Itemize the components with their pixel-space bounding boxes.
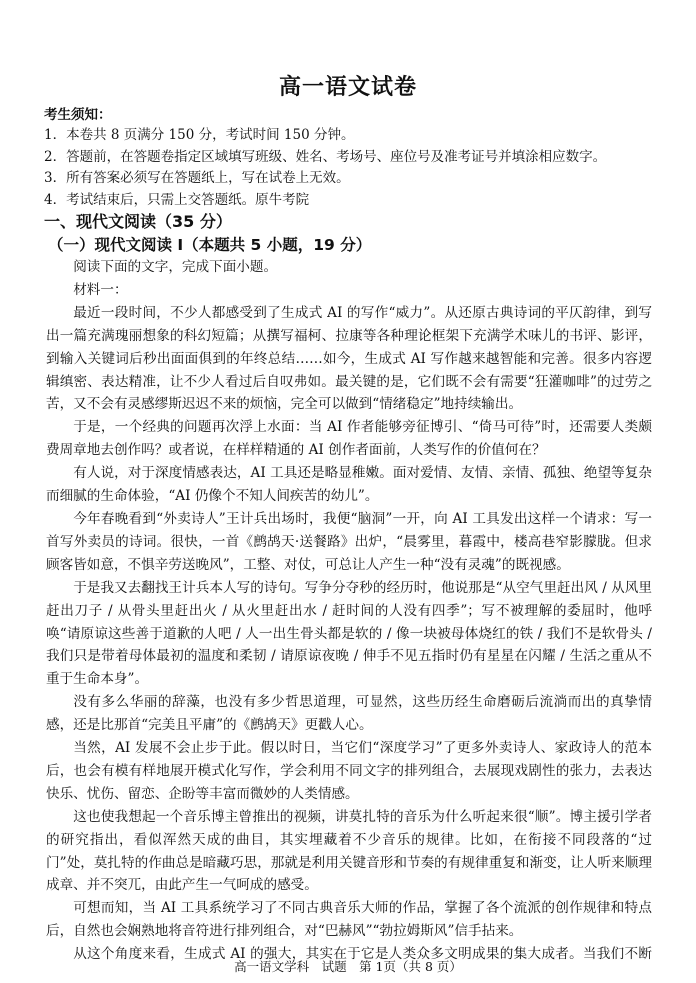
subsection-heading: （一）现代文阅读 I（本题共 5 小题，19 分） — [48, 233, 371, 255]
paragraph: 最近一段时间，不少人都感受到了生成式 AI 的写作“威力”。从还原古典诗词的平仄… — [46, 302, 652, 417]
paragraph: 当然，AI 发展不会止步于此。假以时日，当它们“深度学习”了更多外卖诗人、家政诗… — [46, 737, 652, 806]
instruction-text: 阅读下面的文字，完成下面小题。 — [46, 256, 652, 279]
reading-passage: 阅读下面的文字，完成下面小题。 材料一： 最近一段时间，不少人都感受到了生成式 … — [46, 256, 652, 966]
page-title: 高一语文试卷 — [0, 70, 696, 101]
paragraph: 有人说，对于深度情感表达，AI 工具还是略显稚嫩。面对爱情、友情、亲情、孤独、绝… — [46, 462, 652, 508]
exam-page: 高一语文试卷 考生须知： 1．本卷共 8 页满分 150 分，考试时间 150 … — [0, 0, 696, 983]
section-heading: 一、现代文阅读（35 分） — [44, 209, 232, 232]
paragraph: 于是我又去翻找王计兵本人写的诗句。写争分夺秒的经历时，他说那是“从空气里赶出风 … — [46, 577, 652, 692]
page-footer: 高一语文学科 试题 第 1页（共 8 页） — [0, 957, 696, 975]
paragraph: 这也使我想起一个音乐博主曾推出的视频，讲莫扎特的音乐为什么听起来很“顺”。博主援… — [46, 806, 652, 898]
notice-item: 1．本卷共 8 页满分 150 分，考试时间 150 分钟。 — [44, 123, 354, 143]
paragraph: 可想而知，当 AI 工具系统学习了不同古典音乐大师的作品，掌握了各个流派的创作规… — [46, 897, 652, 943]
paragraph: 于是，一个经典的问题再次浮上水面：当 AI 作者能够旁征博引、“倚马可待”时，还… — [46, 416, 652, 462]
paragraph: 没有多么华丽的辞藻，也没有多少哲思道理，可显然，这些历经生命磨砺后流淌而出的真挚… — [46, 691, 652, 737]
paragraph: 今年春晚看到“外卖诗人”王计兵出场时，我便“脑洞”一开，向 AI 工具发出这样一… — [46, 508, 652, 577]
notice-item: 4．考试结束后，只需上交答题纸。原牛考院 — [44, 188, 309, 208]
notice-heading: 考生须知： — [44, 103, 112, 123]
notice-item: 2．答题前，在答题卷指定区域填写班级、姓名、考场号、座位号及准考证号并填涂相应数… — [44, 145, 606, 165]
notice-item: 3．所有答案必须写在答题纸上，写在试卷上无效。 — [44, 166, 350, 186]
material-label: 材料一： — [46, 279, 652, 302]
